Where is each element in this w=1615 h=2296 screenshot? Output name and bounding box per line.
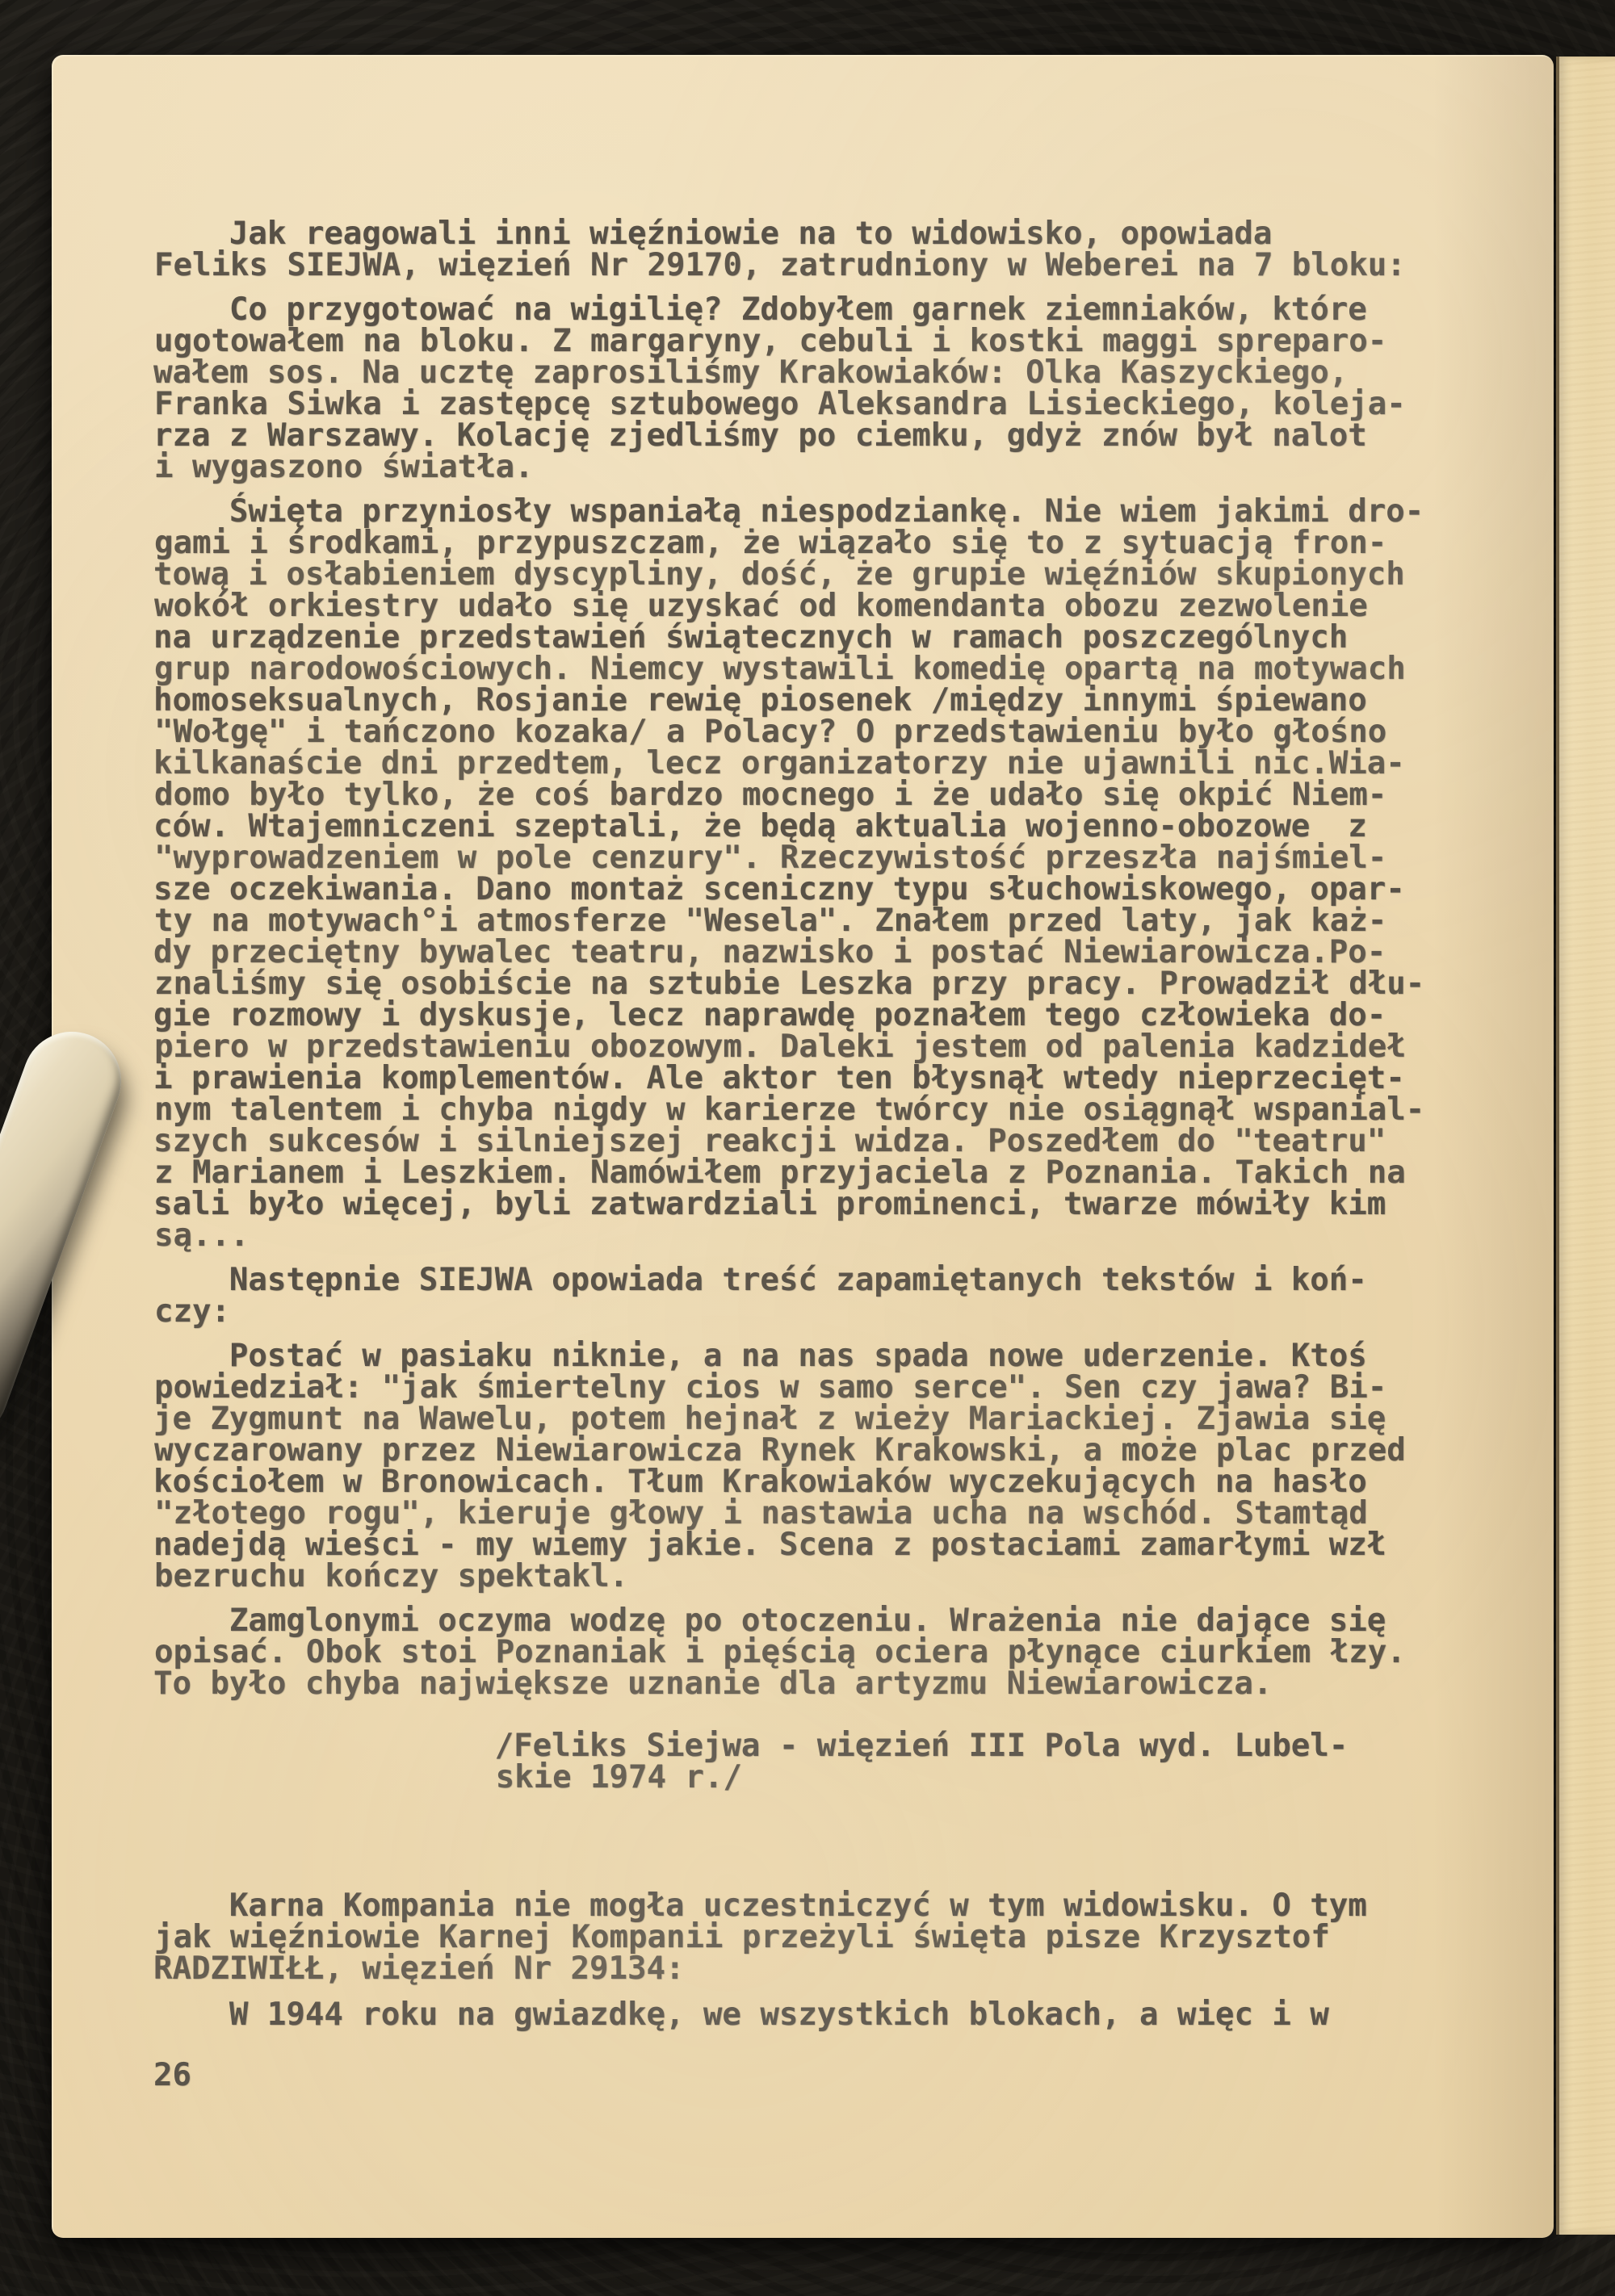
text-line: sze oczekiwania. Dano montaż sceniczny t… bbox=[153, 874, 1558, 905]
text-line: Zamglonymi oczyma wodzę po otoczeniu. Wr… bbox=[153, 1605, 1558, 1636]
text-line: "złotego rogu", kieruje głowy i nastawia… bbox=[154, 1498, 1559, 1529]
text-line: Karna Kompania nie mogła uczestniczyć w … bbox=[153, 1890, 1558, 1921]
text-line: znaliśmy się osobiście na sztubie Leszka… bbox=[154, 968, 1559, 999]
paragraph: Jak reagowali inni więźniowie na to wido… bbox=[153, 218, 1558, 281]
text-line: na urządzenie przedstawień świątecznych … bbox=[153, 622, 1558, 653]
paragraph: Karna Kompania nie mogła uczestniczyć w … bbox=[153, 1890, 1558, 1984]
text-line: RADZIWIŁŁ, więzień Nr 29134: bbox=[153, 1953, 1558, 1984]
text-line: i wygaszono światła. bbox=[154, 451, 1559, 483]
text-line: Jak reagowali inni więźniowie na to wido… bbox=[153, 218, 1558, 249]
paragraph: Następnie SIEJWA opowiada treść zapamięt… bbox=[153, 1264, 1558, 1327]
text-line: To było chyba największe uznanie dla art… bbox=[153, 1668, 1558, 1699]
text-line: "wyprowadzeniem w pole cenzury". Rzeczyw… bbox=[154, 842, 1559, 874]
text-line: Franka Siwka i zastępcę sztubowego Aleks… bbox=[154, 388, 1559, 420]
paragraph: Zamglonymi oczyma wodzę po otoczeniu. Wr… bbox=[153, 1605, 1558, 1699]
text-line: Feliks SIEJWA, więzień Nr 29170, zatrudn… bbox=[154, 249, 1559, 281]
page-number: 26 bbox=[153, 2057, 191, 2093]
text-line: wyczarowany przez Niewiarowicza Rynek Kr… bbox=[154, 1435, 1559, 1466]
adjacent-page-edge bbox=[1556, 57, 1615, 2235]
text-line: nym talentem i chyba nigdy w karierze tw… bbox=[154, 1094, 1559, 1125]
text-line: tową i osłabieniem dyscypliny, dość, że … bbox=[153, 559, 1558, 590]
text-line: szych sukcesów i silniejszej reakcji wid… bbox=[153, 1125, 1558, 1157]
text-line: ców. Wtajemniczeni szeptali, że będą akt… bbox=[153, 811, 1558, 842]
text-line: są... bbox=[154, 1220, 1559, 1251]
text-line: /Feliks Siejwa - więzień III Pola wyd. L… bbox=[153, 1730, 1558, 1762]
text-line: wokół orkiestry udało się uzyskać od kom… bbox=[154, 590, 1559, 622]
text-line: piero w przedstawieniu obozowym. Daleki … bbox=[154, 1031, 1559, 1062]
text-line: gie rozmowy i dyskusje, lecz naprawdę po… bbox=[153, 999, 1558, 1031]
text-line: powiedział: "jak śmiertelny cios w samo … bbox=[154, 1372, 1559, 1403]
text-line: W 1944 roku na gwiazdkę, we wszystkich b… bbox=[153, 1999, 1558, 2030]
paragraph: Postać w pasiaku niknie, a na nas spada … bbox=[153, 1340, 1558, 1592]
text-line: Następnie SIEJWA opowiada treść zapamięt… bbox=[153, 1264, 1558, 1296]
text-line: dy przeciętny bywalec teatru, nazwisko i… bbox=[153, 936, 1558, 968]
text-line: "Wołgę" i tańczono kozaka/ a Polacy? O p… bbox=[154, 716, 1559, 748]
text-line: sali było więcej, byli zatwardziali prom… bbox=[153, 1188, 1558, 1220]
document-text: Jak reagowali inni więźniowie na to wido… bbox=[153, 218, 1558, 2030]
text-line: opisać. Obok stoi Poznaniak i pięścią oc… bbox=[154, 1636, 1559, 1668]
text-line: gami i środkami, przypuszczam, że wiązał… bbox=[154, 527, 1559, 559]
text-line: i prawienia komplementów. Ale aktor ten … bbox=[153, 1062, 1558, 1094]
paragraph: W 1944 roku na gwiazdkę, we wszystkich b… bbox=[153, 1999, 1558, 2030]
text-line: domo było tylko, że coś bardzo mocnego i… bbox=[154, 779, 1559, 811]
text-line: Co przygotować na wigilię? Zdobyłem garn… bbox=[153, 294, 1558, 325]
text-line: Postać w pasiaku niknie, a na nas spada … bbox=[153, 1340, 1558, 1372]
text-line: kilkanaście dni przedtem, lecz organizat… bbox=[153, 748, 1558, 779]
text-line: ty na motywach°i atmosferze "Wesela". Zn… bbox=[154, 905, 1559, 936]
text-line: jak więźniowie Karnej Kompanii przeżyli … bbox=[154, 1921, 1559, 1953]
text-line: czy: bbox=[154, 1296, 1559, 1327]
text-line: skie 1974 r./ bbox=[154, 1762, 1559, 1793]
text-line: rza z Warszawy. Kolację zjedliśmy po cie… bbox=[153, 420, 1558, 451]
text-line: bezruchu kończy spektakl. bbox=[154, 1561, 1559, 1592]
text-line: z Marianem i Leszkiem. Namówiłem przyjac… bbox=[154, 1157, 1559, 1188]
text-line: homoseksualnych, Rosjanie rewię piosenek… bbox=[153, 685, 1558, 716]
text-line: wałem sos. Na ucztę zaprosiliśmy Krakowi… bbox=[153, 357, 1558, 388]
text-line: ugotowałem na bloku. Z margaryny, cebuli… bbox=[154, 325, 1559, 357]
text-line: je Zygmunt na Wawelu, potem hejnał z wie… bbox=[153, 1403, 1558, 1435]
paragraph: Święta przyniosły wspaniałą niespodziank… bbox=[153, 496, 1558, 1251]
text-line: grup narodowościowych. Niemcy wystawili … bbox=[154, 653, 1559, 685]
paragraph: /Feliks Siejwa - więzień III Pola wyd. L… bbox=[153, 1730, 1558, 1793]
text-line: Święta przyniosły wspaniałą niespodziank… bbox=[153, 496, 1558, 527]
paragraph: Co przygotować na wigilię? Zdobyłem garn… bbox=[153, 294, 1558, 483]
text-line: nadejdą wieści - my wiemy jakie. Scena z… bbox=[153, 1529, 1558, 1561]
document-page: Jak reagowali inni więźniowie na to wido… bbox=[52, 55, 1554, 2238]
text-line: kościołem w Bronowicach. Tłum Krakowiakó… bbox=[153, 1466, 1558, 1498]
